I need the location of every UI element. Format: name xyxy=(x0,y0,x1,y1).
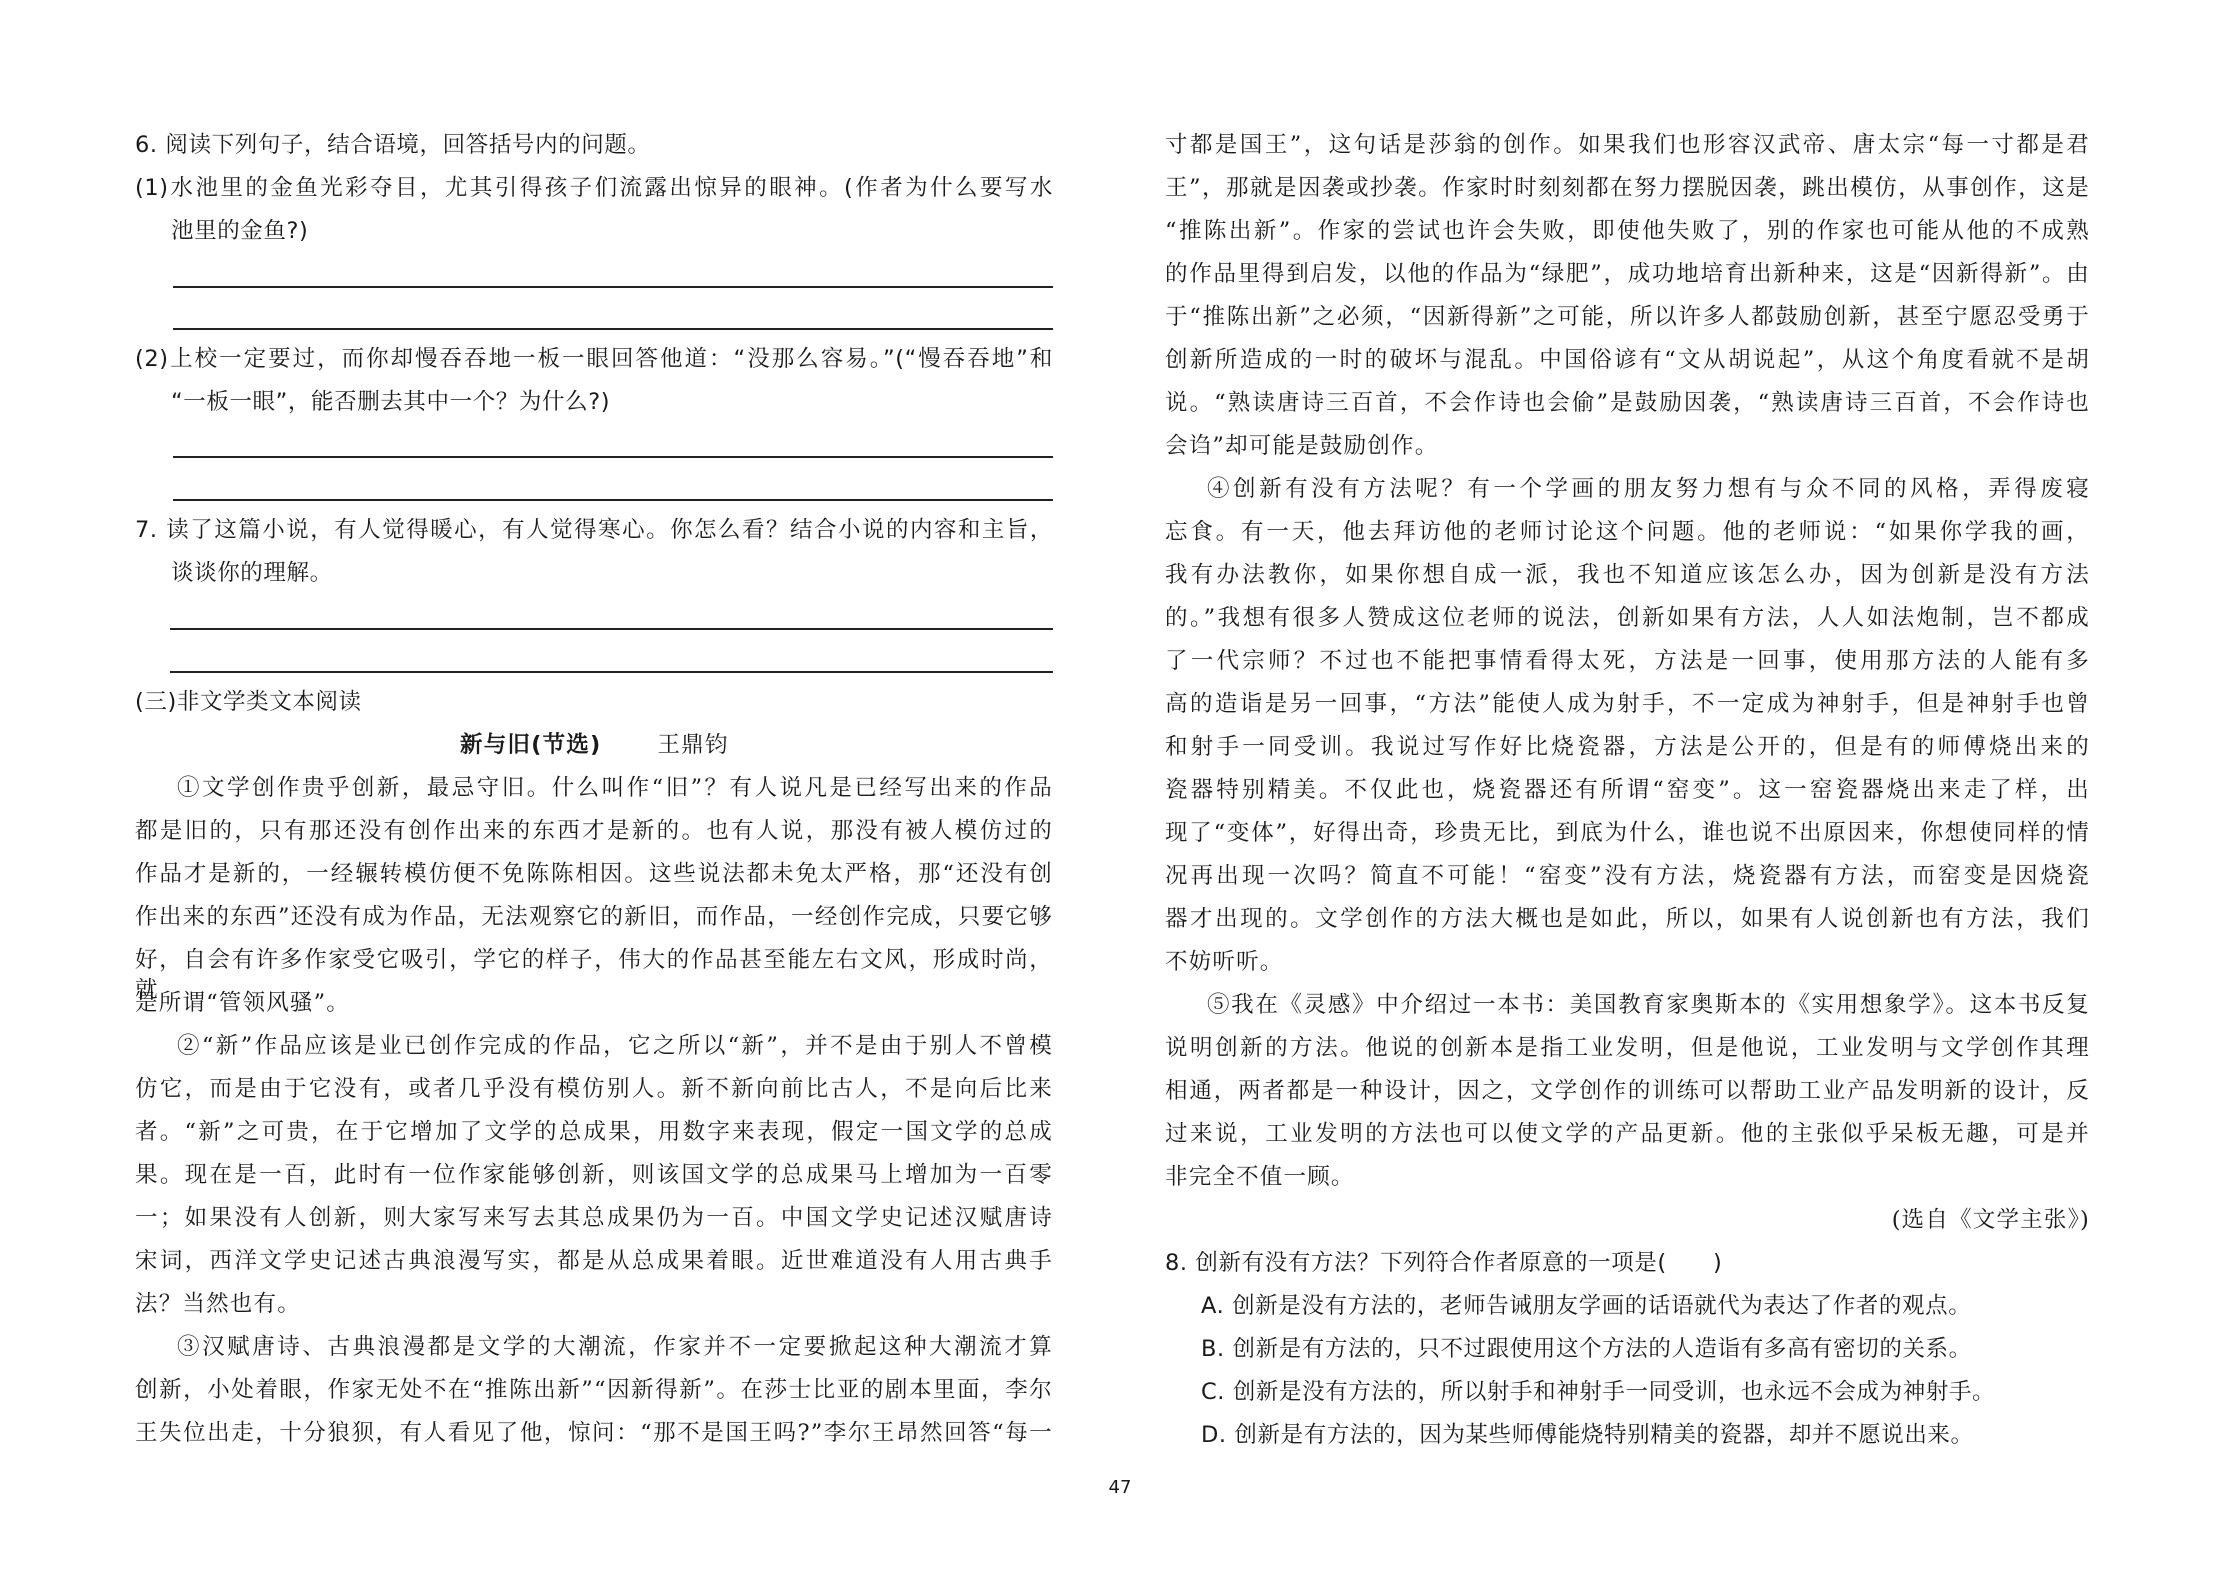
paragraph-4-line: 不妨听听。 xyxy=(1165,947,2090,977)
paragraph-3-cont-line: 王”，那就是因袭或抄袭。作家时时刻刻都在努力摆脱因袭，跳出模仿，从事创作，这是 xyxy=(1165,173,2090,203)
answer-line[interactable] xyxy=(173,499,1053,501)
question-6-stem: 6. 阅读下列句子，结合语境，回答括号内的问题。 xyxy=(135,130,1053,160)
paragraph-3-cont-line: “推陈出新”。作家的尝试也许会失败，即使他失败了，别的作家也可能从他的不成熟 xyxy=(1165,216,2090,246)
paragraph-5-line: ⑤我在《灵感》中介绍过一本书：美国教育家奥斯本的《实用想象学》。这本书反复 xyxy=(1165,990,2090,1020)
paragraph-2-line: 果。现在是一百，此时有一位作家能够创新，则该国文学的总成果马上增加为一百零 xyxy=(135,1160,1053,1190)
question-6-1-line1: (1)水池里的金鱼光彩夺目，尤其引得孩子们流露出惊异的眼神。(作者为什么要写水 xyxy=(135,173,1053,203)
question-8-option-d[interactable]: D. 创新是有方法的，因为某些师傅能烧特别精美的瓷器，却并不愿说出来。 xyxy=(1165,1420,2090,1450)
paragraph-1-line: 是所谓“管领风骚”。 xyxy=(135,988,1053,1018)
paragraph-3-cont-line: 会诌”却可能是鼓励创作。 xyxy=(1165,431,2090,461)
answer-line[interactable] xyxy=(170,628,1053,630)
paragraph-3-line: 王失位出走，十分狼狈，有人看见了他，惊问：“那不是国王吗?”李尔王昂然回答“每一 xyxy=(135,1418,1053,1448)
question-7-line1: 7. 读了这篇小说，有人觉得暖心，有人觉得寒心。你怎么看？结合小说的内容和主旨， xyxy=(135,515,1053,545)
question-8-option-c[interactable]: C. 创新是没有方法的，所以射手和神射手一同受训，也永远不会成为神射手。 xyxy=(1165,1377,2090,1407)
paragraph-1-line: 作出来的东西”还没有成为作品，无法观察它的新旧，而作品，一经创作完成，只要它够 xyxy=(135,902,1053,932)
paragraph-3-cont-line: 说。“熟读唐诗三百首，不会作诗也会偷”是鼓励因袭，“熟读唐诗三百首，不会作诗也 xyxy=(1165,388,2090,418)
question-6-2-line1: (2)上校一定要过，而你却慢吞吞地一板一眼回答他道：“没那么容易。”(“慢吞吞地… xyxy=(135,344,1053,374)
section-heading: (三)非文学类文本阅读 xyxy=(135,687,1053,717)
question-8-option-a[interactable]: A. 创新是没有方法的，老师告诫朋友学画的话语就代为表达了作者的观点。 xyxy=(1165,1291,2090,1321)
paragraph-5-line: 过来说，工业发明的方法也可以使文学的产品更新。他的主张似乎呆板无趣，可是并 xyxy=(1165,1119,2090,1149)
paragraph-1-line: 作品才是新的，一经辗转模仿便不免陈陈相因。这些说法都未免太严格，那“还没有创 xyxy=(135,859,1053,889)
paragraph-4-line: 瓷器特别精美。不仅此也，烧瓷器还有所谓“窑变”。这一窑瓷器烧出来走了样，出 xyxy=(1165,775,2090,805)
paragraph-3-cont-line: 的作品里得到启发，以他的作品为“绿肥”，成功地培育出新种来，这是“因新得新”。由 xyxy=(1165,259,2090,289)
paragraph-1-line: ①文学创作贵乎创新，最忌守旧。什么叫作“旧”？有人说凡是已经写出来的作品 xyxy=(135,773,1053,803)
question-6-2-line2: “一板一眼”，能否删去其中一个？为什么?) xyxy=(135,387,1053,417)
source-citation: (选自《文学主张》) xyxy=(1165,1205,2090,1235)
paragraph-4-line: ④创新有没有方法呢？有一个学画的朋友努力想有与众不同的风格，弄得废寝 xyxy=(1165,474,2090,504)
paragraph-2-line: 宋词，西洋文学史记述古典浪漫写实，都是从总成果着眼。近世难道没有人用古典手 xyxy=(135,1246,1053,1276)
paragraph-5-line: 说明创新的方法。他说的创新本是指工业发明，但是他说，工业发明与文学创作其理 xyxy=(1165,1033,2090,1063)
paragraph-2-line: ②“新”作品应该是业已创作完成的作品，它之所以“新”，并不是由于别人不曾模 xyxy=(135,1031,1053,1061)
article-heading: 新与旧(节选)王鼎钧 xyxy=(135,730,1053,760)
answer-line[interactable] xyxy=(173,456,1053,458)
article-title: 新与旧(节选) xyxy=(460,732,601,758)
paragraph-3-line: 创新，小处着眼，作家无处不在“推陈出新”“因新得新”。在莎士比亚的剧本里面，李尔 xyxy=(135,1375,1053,1405)
paragraph-4-line: 忘食。有一天，他去拜访他的老师讨论这个问题。他的老师说：“如果你学我的画， xyxy=(1165,517,2090,547)
paragraph-2-line: 一；如果没有人创新，则大家写来写去其总成果仍为一百。中国文学史记述汉赋唐诗 xyxy=(135,1203,1053,1233)
paragraph-3-cont-line: 寸都是国王”，这句话是莎翁的创作。如果我们也形容汉武帝、唐太宗“每一寸都是君 xyxy=(1165,130,2090,160)
question-7-line2: 谈谈你的理解。 xyxy=(135,558,1053,588)
question-8-option-b[interactable]: B. 创新是有方法的，只不过跟使用这个方法的人造诣有多高有密切的关系。 xyxy=(1165,1334,2090,1364)
paragraph-2-line: 法？当然也有。 xyxy=(135,1289,1053,1319)
paragraph-4-line: 我有办法教你，如果你想自成一派，我也不知道应该怎么办，因为创新是没有方法 xyxy=(1165,560,2090,590)
question-6-1-line2: 池里的金鱼?) xyxy=(135,216,1053,246)
paragraph-2-line: 仿它，而是由于它没有，或者几乎没有模仿别人。新不新向前比古人，不是向后比来 xyxy=(135,1074,1053,1104)
paragraph-5-line: 非完全不值一顾。 xyxy=(1165,1162,2090,1192)
paragraph-1-line: 都是旧的，只有那还没有创作出来的东西才是新的。也有人说，那没有被人模仿过的 xyxy=(135,816,1053,846)
paragraph-4-line: 和射手一同受训。我说过写作好比烧瓷器，方法是公开的，但是有的师傅烧出来的 xyxy=(1165,732,2090,762)
paragraph-5-line: 相通，两者都是一种设计，因之，文学创作的训练可以帮助工业产品发明新的设计，反 xyxy=(1165,1076,2090,1106)
paragraph-3-line: ③汉赋唐诗、古典浪漫都是文学的大潮流，作家并不一定要掀起这种大潮流才算 xyxy=(135,1332,1053,1362)
paragraph-4-line: 高的造诣是另一回事，“方法”能使人成为射手，不一定成为神射手，但是神射手也曾 xyxy=(1165,689,2090,719)
answer-line[interactable] xyxy=(173,328,1053,330)
answer-line[interactable] xyxy=(170,671,1053,673)
question-8-stem: 8. 创新有没有方法？下列符合作者原意的一项是( ) xyxy=(1165,1248,2090,1278)
paragraph-3-cont-line: 于“推陈出新”之必须，“因新得新”之可能，所以许多人都鼓励创新，甚至宁愿忍受勇于 xyxy=(1165,302,2090,332)
paragraph-4-line: 了一代宗师？不过也不能把事情看得太死，方法是一回事，使用那方法的人能有多 xyxy=(1165,646,2090,676)
paragraph-4-line: 器才出现的。文学创作的方法大概也是如此，所以，如果有人说创新也有方法，我们 xyxy=(1165,904,2090,934)
paragraph-2-line: 者。“新”之可贵，在于它增加了文学的总成果，用数字来表现，假定一国文学的总成 xyxy=(135,1117,1053,1147)
paragraph-4-line: 的。”我想有很多人赞成这位老师的说法，创新如果有方法，人人如法炮制，岂不都成 xyxy=(1165,603,2090,633)
paragraph-3-cont-line: 创新所造成的一时的破坏与混乱。中国俗谚有“文从胡说起”，从这个角度看就不是胡 xyxy=(1165,345,2090,375)
page-number: 47 xyxy=(1090,1477,1150,1498)
article-author: 王鼎钧 xyxy=(657,732,728,758)
paragraph-4-line: 现了“变体”，好得出奇，珍贵无比，到底为什么，谁也说不出原因来，你想使同样的情 xyxy=(1165,818,2090,848)
paragraph-4-line: 况再出现一次吗？简直不可能！“窑变”没有方法，烧瓷器有方法，而窑变是因烧瓷 xyxy=(1165,861,2090,891)
answer-line[interactable] xyxy=(173,286,1053,288)
